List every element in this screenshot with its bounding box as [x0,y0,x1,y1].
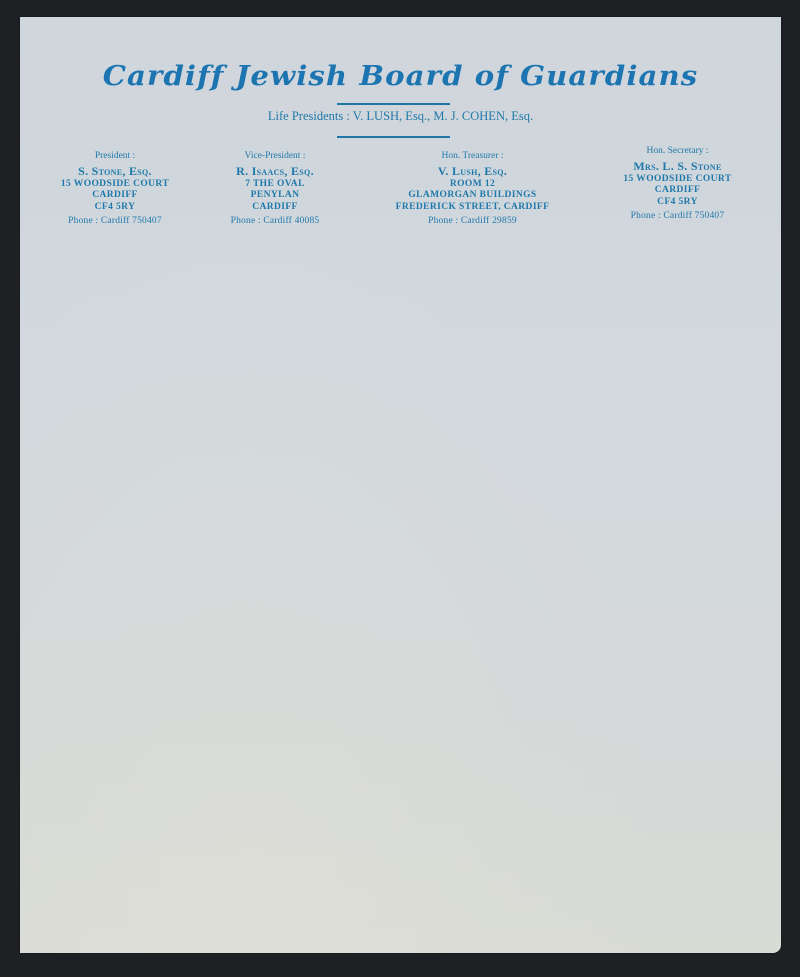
address-line: 15 WOODSIDE COURT [50,179,180,191]
officer-name: Mrs. L. S. Stone [605,160,750,172]
officer-name: R. Isaacs, Esq. [215,165,335,177]
address-line: GLAMORGAN BUILDINGS [375,190,570,202]
officer-hon-secretary: Hon. Secretary : Mrs. L. S. Stone 15 WOO… [605,147,750,222]
address-line: ROOM 12 [375,179,570,191]
address-line: CF4 5RY [50,202,180,214]
officer-phone: Phone : Cardiff 40085 [215,217,335,227]
officer-role: Vice-President : [215,152,335,162]
officer-role: President : [50,152,180,162]
officer-role: Hon. Secretary : [605,147,750,157]
divider-rule-bottom [337,136,450,138]
officer-role: Hon. Treasurer : [375,152,570,162]
officer-president: President : S. Stone, Esq. 15 WOODSIDE C… [50,152,180,227]
organization-title: Cardiff Jewish Board of Guardians [0,61,800,92]
life-presidents-label: Life Presidents : [268,109,350,123]
address-line: CARDIFF [605,185,750,197]
officer-vice-president: Vice-President : R. Isaacs, Esq. 7 THE O… [215,152,335,227]
officer-phone: Phone : Cardiff 750407 [50,217,180,227]
life-presidents-names: V. LUSH, Esq., M. J. COHEN, Esq. [353,109,533,123]
letterhead-paper: Cardiff Jewish Board of Guardians Life P… [20,17,781,953]
address-line: 15 WOODSIDE COURT [605,174,750,186]
life-presidents-line: Life Presidents : V. LUSH, Esq., M. J. C… [20,109,781,124]
address-line: CARDIFF [50,190,180,202]
address-line: 7 THE OVAL [215,179,335,191]
officer-phone: Phone : Cardiff 750407 [605,212,750,222]
officer-phone: Phone : Cardiff 29859 [375,217,570,227]
officer-name: S. Stone, Esq. [50,165,180,177]
address-line: CARDIFF [215,202,335,214]
address-line: FREDERICK STREET, CARDIFF [375,202,570,214]
divider-rule-top [337,103,450,105]
address-line: CF4 5RY [605,197,750,209]
address-line: PENYLAN [215,190,335,202]
officer-hon-treasurer: Hon. Treasurer : V. Lush, Esq. ROOM 12 G… [375,152,570,227]
officer-name: V. Lush, Esq. [375,165,570,177]
